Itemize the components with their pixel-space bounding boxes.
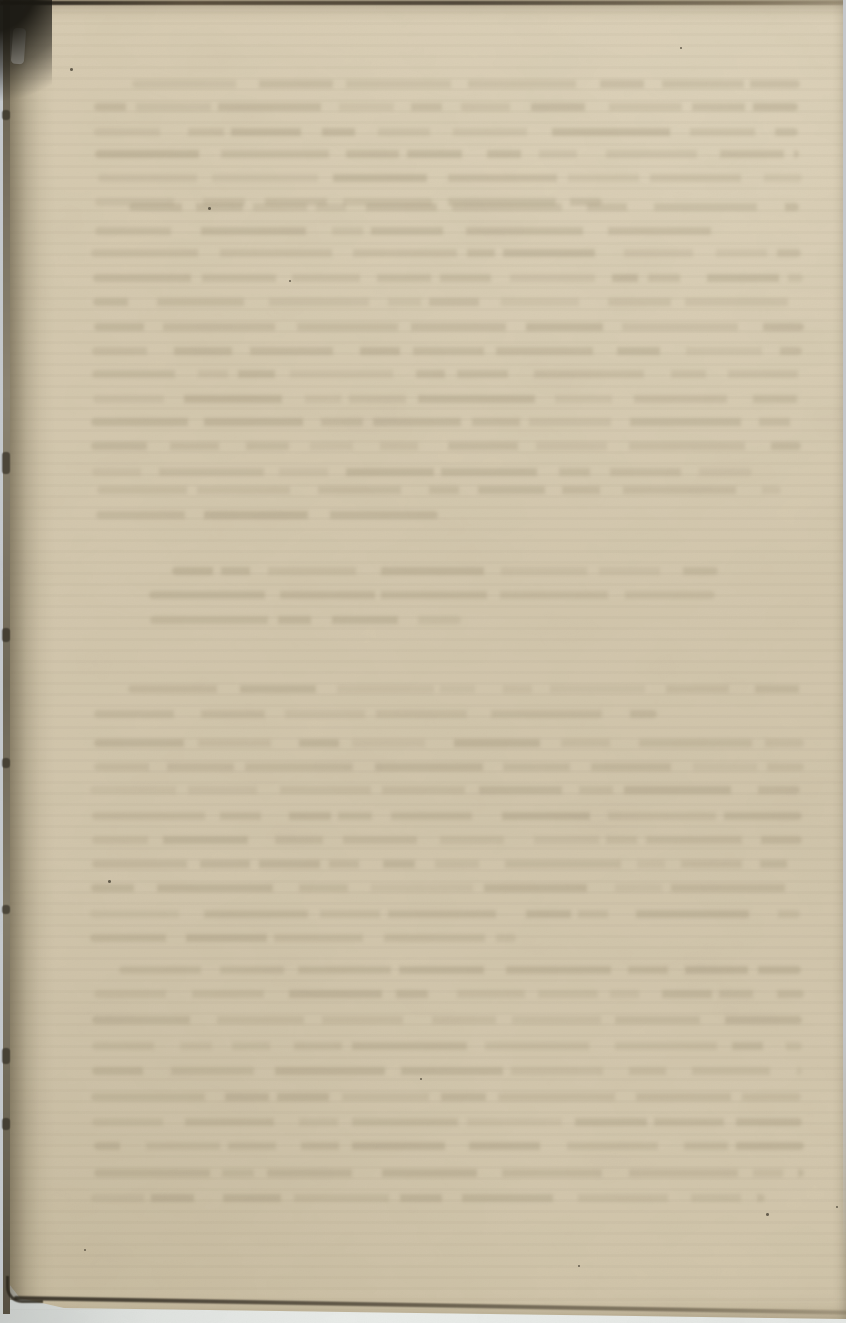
gutter-shadow	[9, 0, 55, 1300]
spine-edge-mark	[2, 628, 10, 642]
book-page	[0, 0, 846, 1323]
underlying-pages-edge	[3, 0, 10, 1314]
spine-edge-mark	[2, 758, 10, 768]
spine-edge-mark	[2, 1048, 10, 1064]
spine-edge-mark	[2, 110, 10, 120]
spine-edge-mark	[2, 1118, 10, 1130]
spine-edge-mark	[2, 905, 10, 914]
page-bottom-left-corner	[6, 1276, 43, 1303]
page-top-edge-shadow	[0, 1, 846, 5]
spine-edge-mark	[2, 452, 10, 474]
scanned-page-screenshot	[0, 0, 846, 1323]
